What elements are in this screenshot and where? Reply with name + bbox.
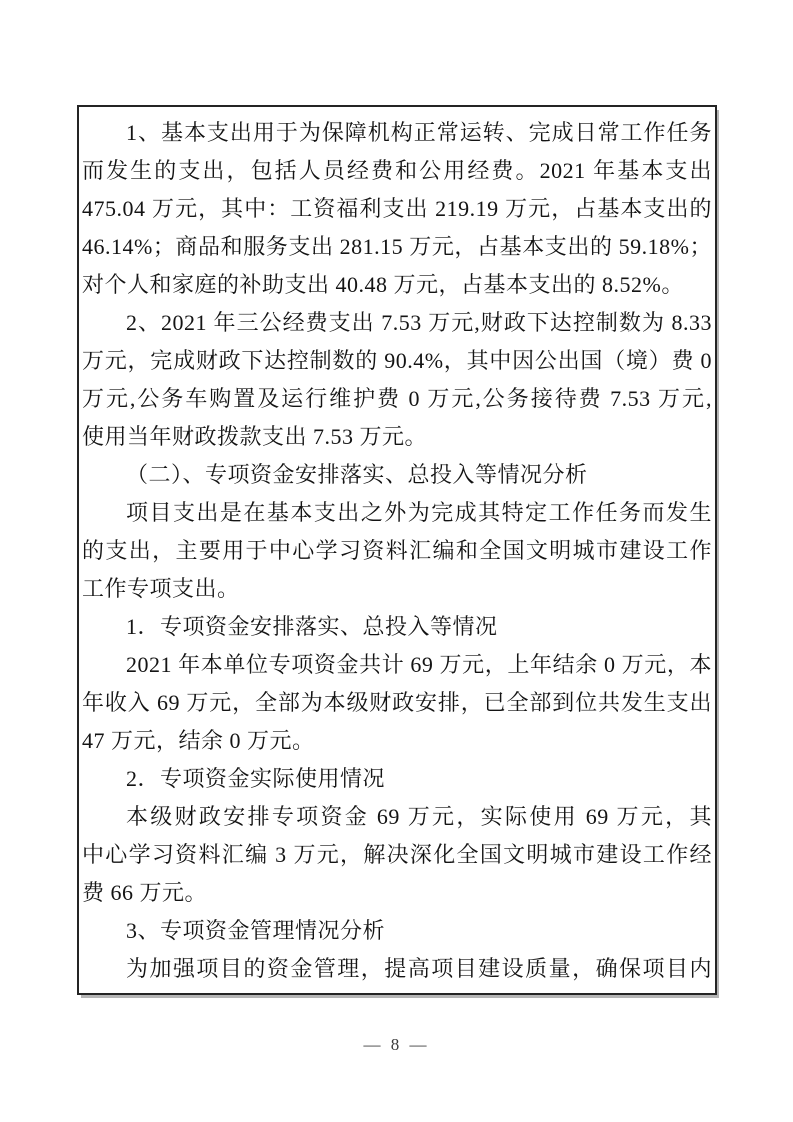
paragraph-special-funds-arrangement: 2021 年本单位专项资金共计 69 万元，上年结余 0 万元，本 年收入 69… xyxy=(82,646,712,760)
text-line: 的支出，主要用于中心学习资料汇编和全国文明城市建设工作 xyxy=(82,532,712,570)
text-line: 对个人和家庭的补助支出 40.48 万元，占基本支出的 8.52%。 xyxy=(82,266,712,304)
text-line: 万元,公务车购置及运行维护费 0 万元,公务接待费 7.53 万元, xyxy=(82,380,712,418)
page-number: — 8 — xyxy=(0,1034,793,1056)
item-one-heading: 1．专项资金安排落实、总投入等情况 xyxy=(82,608,712,646)
section-two-heading: （二）、专项资金安排落实、总投入等情况分析 xyxy=(82,456,712,494)
text-line: 2021 年本单位专项资金共计 69 万元，上年结余 0 万元，本 xyxy=(82,646,712,684)
text-line: 项目支出是在基本支出之外为完成其特定工作任务而发生 xyxy=(82,494,712,532)
bordered-text-area: 1、基本支出用于为保障机构正常运转、完成日常工作任务 而发生的支出，包括人员经费… xyxy=(77,105,717,995)
text-line: 中心学习资料汇编 3 万元，解决深化全国文明城市建设工作经 xyxy=(82,836,712,874)
paragraph-three-public-expenses: 2、2021 年三公经费支出 7.53 万元,财政下达控制数为 8.33 万元，… xyxy=(82,304,712,456)
heading-line: （二）、专项资金安排落实、总投入等情况分析 xyxy=(82,456,712,494)
text-line: 工作专项支出。 xyxy=(82,570,712,608)
document-page: 1、基本支出用于为保障机构正常运转、完成日常工作任务 而发生的支出，包括人员经费… xyxy=(0,0,793,1122)
text-line: 475.04 万元，其中：工资福利支出 219.19 万元，占基本支出的 xyxy=(82,190,712,228)
text-line: 2、2021 年三公经费支出 7.53 万元,财政下达控制数为 8.33 xyxy=(82,304,712,342)
text-line: 46.14%；商品和服务支出 281.15 万元，占基本支出的 59.18%； xyxy=(82,228,712,266)
paragraph-special-funds-usage: 本级财政安排专项资金 69 万元，实际使用 69 万元，其中： 中心学习资料汇编… xyxy=(82,798,712,912)
item-three-heading: 3、专项资金管理情况分析 xyxy=(82,912,712,950)
text-line: 1、基本支出用于为保障机构正常运转、完成日常工作任务 xyxy=(82,114,712,152)
text-line: 年收入 69 万元，全部为本级财政安排，已全部到位共发生支出 xyxy=(82,684,712,722)
text-line: 费 66 万元。 xyxy=(82,874,712,912)
text-line: 万元，完成财政下达控制数的 90.4%，其中因公出国（境）费 0 xyxy=(82,342,712,380)
text-line: 为加强项目的资金管理，提高项目建设质量，确保项目内 xyxy=(82,950,712,988)
paragraph-fund-management-intro: 为加强项目的资金管理，提高项目建设质量，确保项目内 xyxy=(82,950,712,988)
text-line: 使用当年财政拨款支出 7.53 万元。 xyxy=(82,418,712,456)
heading-line: 1．专项资金安排落实、总投入等情况 xyxy=(82,608,712,646)
text-line: 47 万元，结余 0 万元。 xyxy=(82,722,712,760)
heading-line: 3、专项资金管理情况分析 xyxy=(82,912,712,950)
text-line: 本级财政安排专项资金 69 万元，实际使用 69 万元，其中： xyxy=(82,798,712,836)
paragraph-basic-expenditure: 1、基本支出用于为保障机构正常运转、完成日常工作任务 而发生的支出，包括人员经费… xyxy=(82,114,712,304)
item-two-heading: 2．专项资金实际使用情况 xyxy=(82,760,712,798)
heading-line: 2．专项资金实际使用情况 xyxy=(82,760,712,798)
text-line: 而发生的支出，包括人员经费和公用经费。2021 年基本支出 xyxy=(82,152,712,190)
paragraph-project-expenditure-intro: 项目支出是在基本支出之外为完成其特定工作任务而发生 的支出，主要用于中心学习资料… xyxy=(82,494,712,608)
